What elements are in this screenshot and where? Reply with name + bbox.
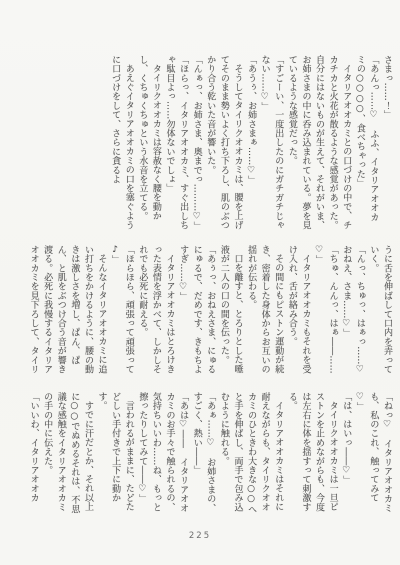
page-number: 225: [0, 531, 400, 541]
paragraph: 口を離すと、とろりとした唾液が二人の口の間を伝った。: [216, 245, 243, 378]
paragraph: 「ほらほら、頑張って頑張って♪」: [108, 245, 135, 378]
paragraph: 「あぁ……♡ お姉さまの、すごく、熱い――」: [189, 392, 216, 514]
paragraph: 「ほらっ、イタリアオオカミ、すぐ出しちゃ駄目よっ……勿体ないでしょ」: [162, 55, 189, 230]
paragraph: 「んっ、ちゅっ、はぁっ……♡ おねえ、さま……♡」: [339, 245, 366, 378]
paragraph: 「は、はいっ――♡」: [339, 392, 353, 514]
paragraph: 「いいわ、イタリアオオカミ……♡」: [30, 392, 40, 514]
paragraph: イタリアオオカミはそれに耐えながらも、タイリクオオカミのひときわ大きな○○へと手…: [216, 392, 284, 514]
paragraph: 「んぁっ、お姉さま、奥までっ………♡」: [189, 55, 203, 230]
paragraph: イタリアオオカミとの口づけの中で、チカチカと火花が散るような感覚があった。自分に…: [284, 55, 352, 230]
paragraph: その間にもピストン運動が続き、密着した身体からお互いの揺れが伝わる。: [243, 245, 284, 378]
paragraph: そんなイタリアオオカミに追い打ちをかけるように、腰の動きは激しさを増し、ぱん、ぱ…: [30, 245, 108, 378]
paragraph: イタリアオオカミもそれを受け入れ、舌が絡み合う。: [284, 245, 311, 378]
paragraph: 「すごーい、一度出したのにガチガチじゃない……♡」: [257, 55, 284, 230]
novel-page: さまっ……！」「あんっ……♡ ふふ、イタリアオオカミの○○○○、食べちゃった」イ…: [0, 0, 400, 565]
paragraph: うに舌を伸ばして口内を弄っていく。: [366, 245, 393, 378]
paragraph: イタリアオオカミはとろけきった表情を浮かべて、しかしそれでも必死に耐える。: [135, 245, 176, 378]
paragraph: あえぐイタリアオオカミの口を塞ぐように口づけをして、さらに貪るよ: [108, 55, 135, 230]
paragraph: 「ねっ♡ イタリアオオカミも、私のこれ、触ってみて♡」: [352, 392, 393, 514]
text-band-top: さまっ……！」「あんっ……♡ ふふ、イタリアオオカミの○○○○、食べちゃった」イ…: [30, 55, 393, 230]
paragraph: 「あうぅ、お姉さまぁ……♡」: [243, 55, 257, 230]
paragraph: 言われるがままに、たどたどしい手付きで上下に動かす。: [94, 392, 135, 514]
paragraph: さまっ……！」: [379, 55, 393, 230]
paragraph: タイリクオオカミは容赦なく腰を動かし、くちゅくちゅという水音を立てる。: [135, 55, 162, 230]
paragraph: タイリクオオカミは一旦ピストンを止めながらも、今度は左右に体を揺すって刺激する。: [284, 392, 338, 514]
paragraph: 「ちゅ、んんっ、はぁ――……♡」: [311, 245, 338, 378]
paragraph: 「あは♡―― イタリアオオカミのお手々で触られるの、気持ちいいわ……ね、もっと擦…: [135, 392, 189, 514]
text-band-middle: うに舌を伸ばして口内を弄っていく。「んっ、ちゅっ、はぁっ……♡ おねえ、さま………: [30, 245, 393, 378]
paragraph: そうしてタイリクオオカミは、腰を上げてそのまま勢いよく打ち下ろし、肌のぶつかり合…: [203, 55, 244, 230]
paragraph: 「あんっ……♡ ふふ、イタリアオオカミの○○○○、食べちゃった」: [352, 55, 379, 230]
text-area: さまっ……！」「あんっ……♡ ふふ、イタリアオオカミの○○○○、食べちゃった」イ…: [30, 55, 393, 514]
paragraph: すでに汗だとか、それ以上に○○でぬめるそれは、不思議な感触をイタリアオオカミの手…: [40, 392, 94, 514]
paragraph: 「あぅっ、おねえさま、にゅるにゅるで、だめです、きもちよすぎ……♡」: [176, 245, 217, 378]
text-band-bottom: 「ねっ♡ イタリアオオカミも、私のこれ、触ってみて♡」「は、はいっ――♡」タイリ…: [30, 392, 393, 514]
